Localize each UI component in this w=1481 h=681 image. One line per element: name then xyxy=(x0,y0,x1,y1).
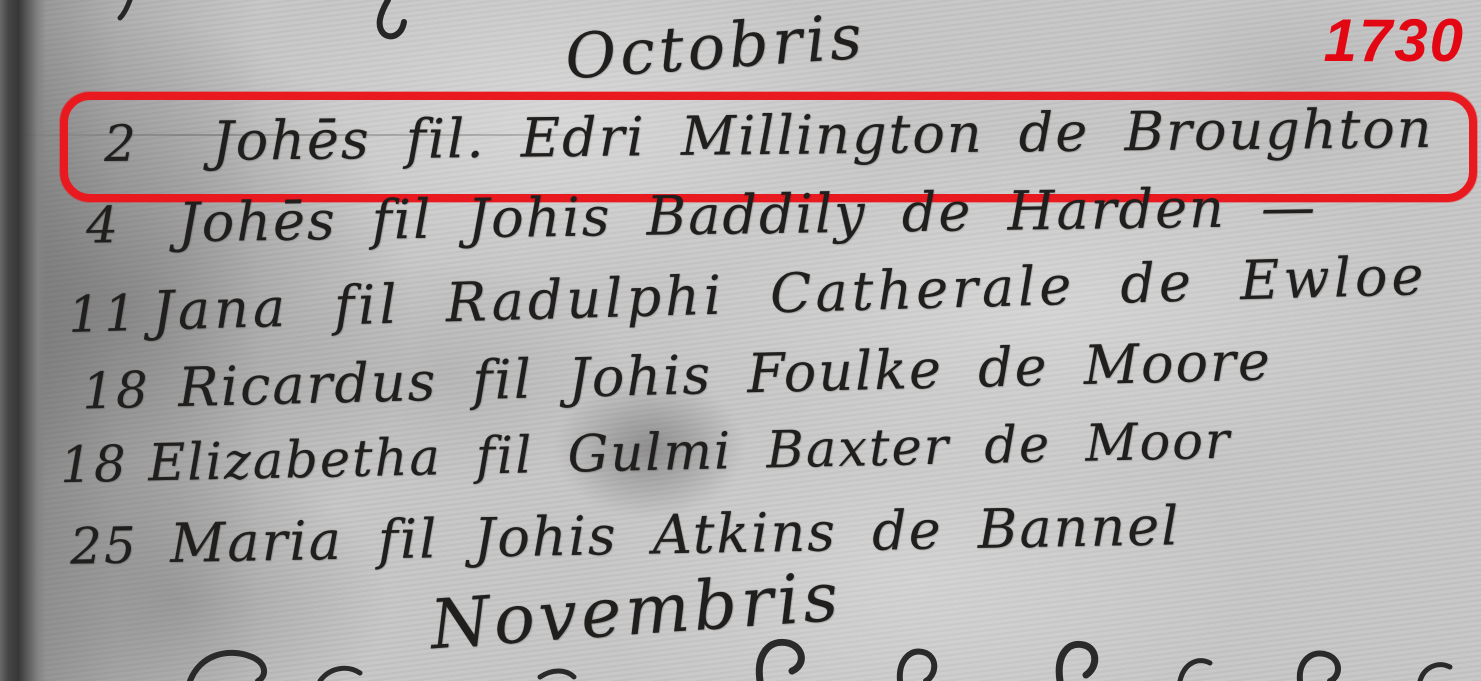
register-entry-6: 25Maria fil Johis Atkins de Bannel xyxy=(70,494,1181,576)
entry-day: 25 xyxy=(70,516,171,576)
register-entry-5: 18Elizabetha fil Gulmi Baxter de Moor xyxy=(60,412,1232,496)
entry-text: Ricardus fil Johis Foulke de Moore xyxy=(177,329,1272,419)
entry-text: Elizabetha fil Gulmi Baxter de Moor xyxy=(147,412,1231,494)
entry-day: 2 xyxy=(104,114,213,173)
entry-day: 18 xyxy=(60,434,149,494)
entry-text: Jana fil Radulphi Catherale de Ewloe xyxy=(151,244,1428,343)
year-annotation: 1730 xyxy=(1324,6,1465,75)
month-heading-novembris: Novembris xyxy=(428,558,845,666)
entry-day: 4 xyxy=(86,195,179,254)
entry-day: 18 xyxy=(82,360,179,420)
entry-text: Maria fil Johis Atkins de Bannel xyxy=(170,494,1181,575)
book-binding-edge xyxy=(0,0,46,681)
entry-text: Johēs fil Johis Baddily de Harden — xyxy=(178,175,1318,254)
entry-day: 11 xyxy=(67,284,153,344)
entry-text: Johēs fil. Edri Millington de Broughton xyxy=(212,97,1434,173)
register-entry-1: 2Johēs fil. Edri Millington de Broughton xyxy=(104,97,1434,174)
month-heading-octobris: Octobris xyxy=(563,0,868,93)
register-entry-2: 4Johēs fil Johis Baddily de Harden — xyxy=(86,175,1318,255)
register-page: 1730 Octobris 2Johēs fil. Edri Millingto… xyxy=(0,0,1481,681)
